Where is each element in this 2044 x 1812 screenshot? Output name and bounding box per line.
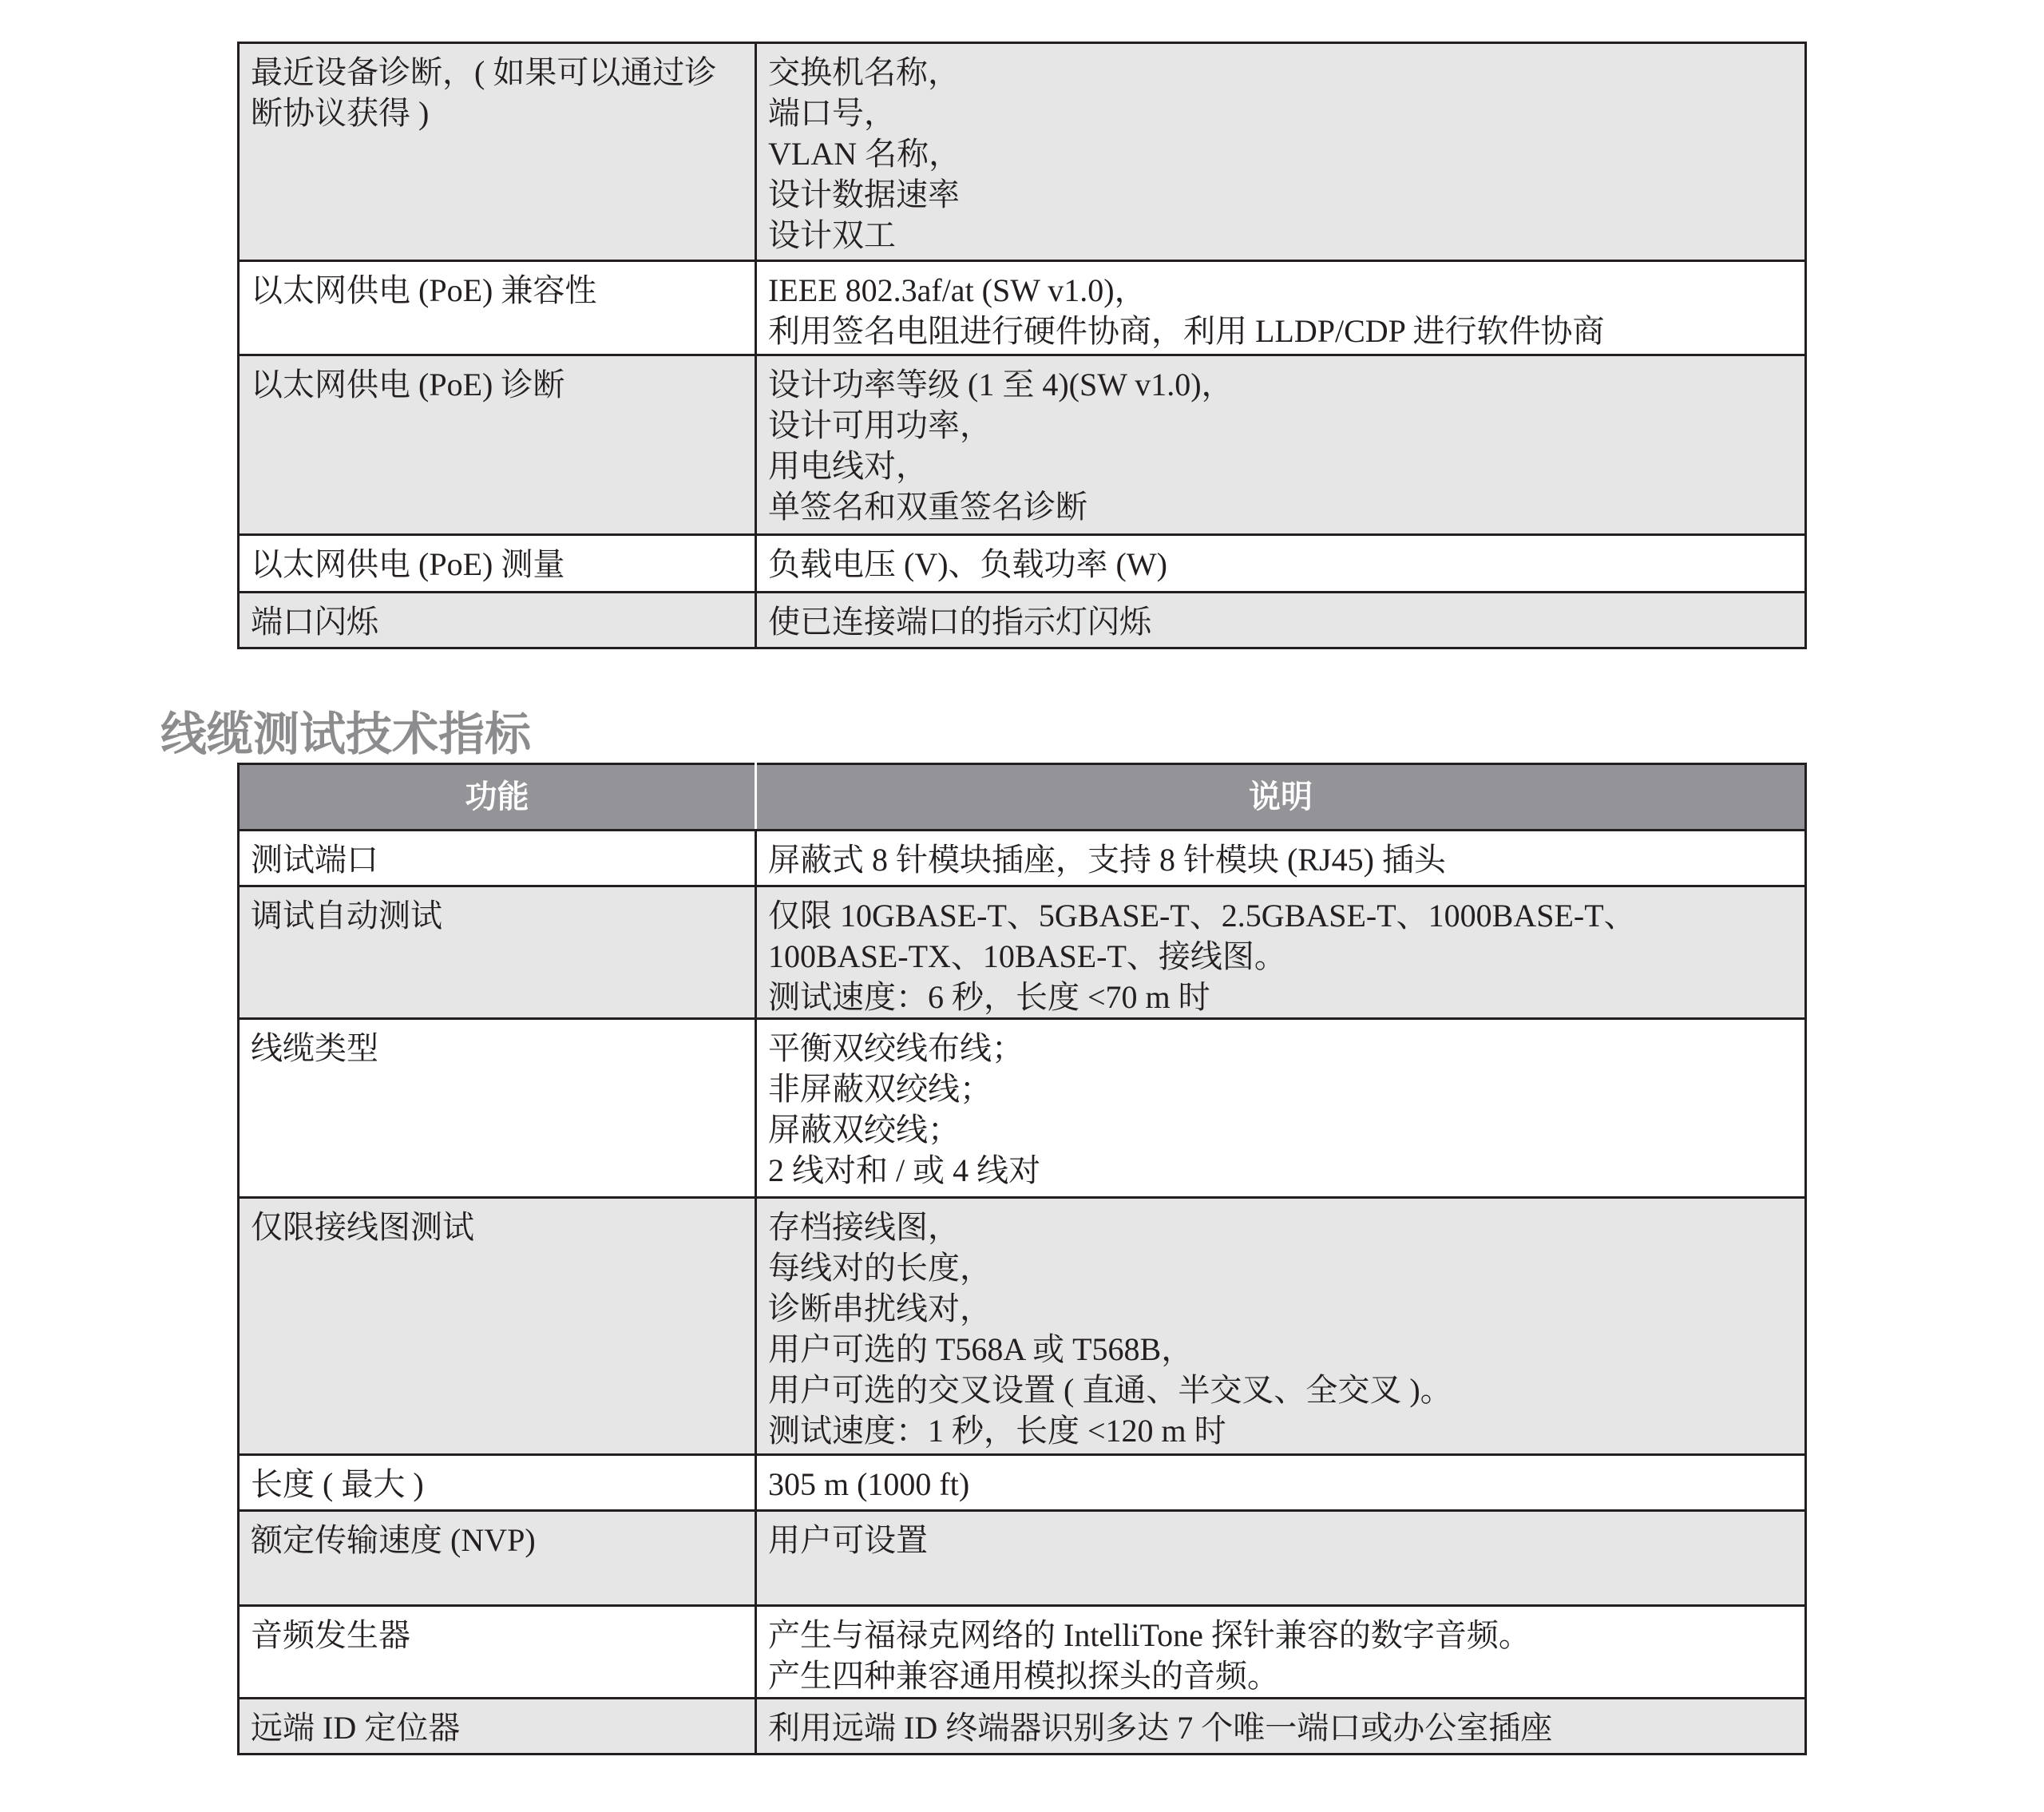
cell-description: 305 m (1000 ft): [756, 1455, 1806, 1511]
cell-text-line: 仅限 10GBASE-T、5GBASE-T、2.5GBASE-T、1000BAS…: [768, 895, 1793, 936]
cell-text-line: 产生与福禄克网络的 IntelliTone 探针兼容的数字音频。: [768, 1615, 1793, 1655]
cell-text-line: 100BASE-TX、10BASE-T、接线图。: [768, 936, 1793, 977]
cell-text-line: 设计双工: [768, 215, 1793, 256]
cell-text-line: 使已连接端口的指示灯闪烁: [768, 601, 1793, 642]
cell-text-line: 非屏蔽双绞线；: [768, 1069, 1793, 1109]
cell-description: 存档接线图，每线对的长度，诊断串扰线对，用户可选的 T568A 或 T568B，…: [756, 1198, 1806, 1455]
cell-text-line: 测试速度：6 秒，长度 <70 m 时: [768, 977, 1793, 1017]
cell-text-line: 用电线对，: [768, 446, 1793, 486]
cell-description: 交换机名称，端口号，VLAN 名称，设计数据速率设计双工: [756, 43, 1806, 261]
cell-feature: 调试自动测试: [239, 886, 756, 1019]
table-row: 以太网供电 (PoE) 兼容性IEEE 802.3af/at (SW v1.0)…: [239, 261, 1806, 355]
cell-description: 用户可设置: [756, 1511, 1806, 1606]
cell-text-line: 断协议获得 ): [251, 93, 743, 133]
cell-text-line: 屏蔽双绞线；: [768, 1109, 1793, 1150]
cell-feature: 以太网供电 (PoE) 诊断: [239, 355, 756, 535]
cell-text-line: 负载电压 (V)、负载功率 (W): [768, 544, 1793, 585]
table-row: 测试端口屏蔽式 8 针模块插座，支持 8 针模块 (RJ45) 插头: [239, 831, 1806, 886]
cell-text-line: 额定传输速度 (NVP): [251, 1520, 743, 1560]
cell-description: 平衡双绞线布线；非屏蔽双绞线；屏蔽双绞线；2 线对和 / 或 4 线对: [756, 1019, 1806, 1198]
cell-feature: 远端 ID 定位器: [239, 1699, 756, 1755]
header-feature: 功能: [239, 764, 756, 831]
table-row: 端口闪烁使已连接端口的指示灯闪烁: [239, 593, 1806, 648]
cell-feature: 以太网供电 (PoE) 兼容性: [239, 261, 756, 355]
cell-text-line: 屏蔽式 8 针模块插座，支持 8 针模块 (RJ45) 插头: [768, 839, 1793, 880]
cell-feature: 最近设备诊断，( 如果可以通过诊断协议获得 ): [239, 43, 756, 261]
table-row: 调试自动测试仅限 10GBASE-T、5GBASE-T、2.5GBASE-T、1…: [239, 886, 1806, 1019]
cell-text-line: 设计数据速率: [768, 174, 1793, 215]
table-row: 以太网供电 (PoE) 测量负载电压 (V)、负载功率 (W): [239, 535, 1806, 593]
cell-text-line: 线缆类型: [251, 1028, 743, 1069]
spec-table-diagnostics: 最近设备诊断，( 如果可以通过诊断协议获得 )交换机名称，端口号，VLAN 名称…: [237, 42, 1807, 649]
cell-text-line: 每线对的长度，: [768, 1247, 1793, 1288]
cell-description: 屏蔽式 8 针模块插座，支持 8 针模块 (RJ45) 插头: [756, 831, 1806, 886]
cell-feature: 线缆类型: [239, 1019, 756, 1198]
cell-text-line: 仅限接线图测试: [251, 1207, 743, 1247]
table-row: 额定传输速度 (NVP)用户可设置: [239, 1511, 1806, 1606]
section-heading: 线缆测试技术指标: [160, 696, 531, 763]
cell-text-line: 2 线对和 / 或 4 线对: [768, 1150, 1793, 1191]
cell-description: 设计功率等级 (1 至 4)(SW v1.0)，设计可用功率，用电线对，单签名和…: [756, 355, 1806, 535]
cell-description: 使已连接端口的指示灯闪烁: [756, 593, 1806, 648]
cell-text-line: 端口号，: [768, 93, 1793, 133]
cell-description: IEEE 802.3af/at (SW v1.0)，利用签名电阻进行硬件协商，利…: [756, 261, 1806, 355]
cell-description: 利用远端 ID 终端器识别多达 7 个唯一端口或办公室插座: [756, 1699, 1806, 1755]
cell-text-line: 端口闪烁: [251, 601, 743, 642]
cell-text-line: 单签名和双重签名诊断: [768, 486, 1793, 527]
table-row: 音频发生器产生与福禄克网络的 IntelliTone 探针兼容的数字音频。产生四…: [239, 1606, 1806, 1699]
cell-feature: 以太网供电 (PoE) 测量: [239, 535, 756, 593]
cell-text-line: 利用签名电阻进行硬件协商，利用 LLDP/CDP 进行软件协商: [768, 311, 1793, 351]
cell-text-line: 以太网供电 (PoE) 测量: [251, 544, 743, 585]
cell-text-line: 诊断串扰线对，: [768, 1288, 1793, 1329]
cell-feature: 音频发生器: [239, 1606, 756, 1699]
cell-text-line: 远端 ID 定位器: [251, 1707, 743, 1748]
cell-text-line: 用户可选的 T568A 或 T568B，: [768, 1329, 1793, 1370]
cell-text-line: 产生四种兼容通用模拟探头的音频。: [768, 1655, 1793, 1696]
cell-text-line: 调试自动测试: [251, 895, 743, 936]
table-row: 仅限接线图测试存档接线图，每线对的长度，诊断串扰线对，用户可选的 T568A 或…: [239, 1198, 1806, 1455]
cell-text-line: 利用远端 ID 终端器识别多达 7 个唯一端口或办公室插座: [768, 1707, 1793, 1748]
spec-table-cable-test: 功能 说明 测试端口屏蔽式 8 针模块插座，支持 8 针模块 (RJ45) 插头…: [237, 763, 1807, 1755]
cell-feature: 额定传输速度 (NVP): [239, 1511, 756, 1606]
cell-text-line: 用户可选的交叉设置 ( 直通、半交叉、全交叉 )。: [768, 1370, 1793, 1410]
table-row: 长度 ( 最大 )305 m (1000 ft): [239, 1455, 1806, 1511]
cell-text-line: 设计可用功率，: [768, 405, 1793, 446]
table-row: 最近设备诊断，( 如果可以通过诊断协议获得 )交换机名称，端口号，VLAN 名称…: [239, 43, 1806, 261]
cell-text-line: IEEE 802.3af/at (SW v1.0)，: [768, 270, 1793, 311]
cell-feature: 端口闪烁: [239, 593, 756, 648]
header-description: 说明: [756, 764, 1806, 831]
table-row: 线缆类型平衡双绞线布线；非屏蔽双绞线；屏蔽双绞线；2 线对和 / 或 4 线对: [239, 1019, 1806, 1198]
table-row: 以太网供电 (PoE) 诊断设计功率等级 (1 至 4)(SW v1.0)，设计…: [239, 355, 1806, 535]
cell-description: 产生与福禄克网络的 IntelliTone 探针兼容的数字音频。产生四种兼容通用…: [756, 1606, 1806, 1699]
table-header-row: 功能 说明: [239, 764, 1806, 831]
cell-text-line: 测试速度：1 秒，长度 <120 m 时: [768, 1410, 1793, 1451]
cell-text-line: 测试端口: [251, 839, 743, 880]
cell-text-line: 以太网供电 (PoE) 兼容性: [251, 270, 743, 311]
cell-text-line: 交换机名称，: [768, 52, 1793, 93]
cell-text-line: 用户可设置: [768, 1520, 1793, 1560]
cell-feature: 测试端口: [239, 831, 756, 886]
cell-text-line: 最近设备诊断，( 如果可以通过诊: [251, 52, 743, 93]
cell-description: 负载电压 (V)、负载功率 (W): [756, 535, 1806, 593]
cell-text-line: 以太网供电 (PoE) 诊断: [251, 364, 743, 405]
cell-text-line: 存档接线图，: [768, 1207, 1793, 1247]
cell-feature: 仅限接线图测试: [239, 1198, 756, 1455]
cell-text-line: 音频发生器: [251, 1615, 743, 1655]
cell-feature: 长度 ( 最大 ): [239, 1455, 756, 1511]
cell-text-line: VLAN 名称，: [768, 133, 1793, 174]
cell-text-line: 设计功率等级 (1 至 4)(SW v1.0)，: [768, 364, 1793, 405]
cell-text-line: 305 m (1000 ft): [768, 1464, 1793, 1505]
cell-text-line: 平衡双绞线布线；: [768, 1028, 1793, 1069]
table-row: 远端 ID 定位器利用远端 ID 终端器识别多达 7 个唯一端口或办公室插座: [239, 1699, 1806, 1755]
cell-text-line: 长度 ( 最大 ): [251, 1464, 743, 1505]
cell-description: 仅限 10GBASE-T、5GBASE-T、2.5GBASE-T、1000BAS…: [756, 886, 1806, 1019]
